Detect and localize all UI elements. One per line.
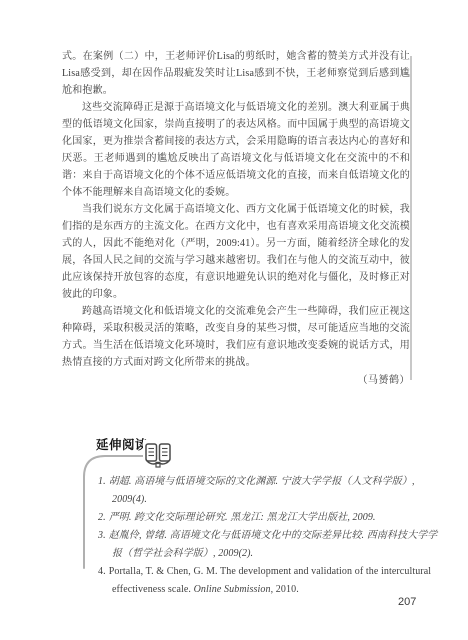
- reference-item: 1.胡超. 高语境与低语境交际的文化渊源. 宁波大学学报（人文科学版）, 200…: [98, 473, 444, 509]
- reference-number: 3.: [98, 530, 106, 541]
- paragraph: 跨越高语境文化和低语境文化的交流难免会产生一些障碍，我们应正视这种障碍，采取积极…: [62, 303, 410, 371]
- reference-text: 严明. 跨文化交际理论研究. 黑龙江: 黑龙江大学出版社, 2009.: [109, 512, 376, 523]
- reference-item: 4.Portalla, T. & Chen, G. M. The develop…: [98, 563, 444, 599]
- reference-number: 4.: [98, 566, 106, 577]
- reference-item: 3.赵胤伶, 曾绪. 高语境文化与低语境文化中的交际差异比较. 西南科技大学学报…: [98, 527, 444, 563]
- right-margin-rule: [410, 56, 412, 380]
- paragraph: 当我们说东方文化属于高语境文化、西方文化属于低语境文化的时候，我们指的是东西方的…: [62, 201, 410, 303]
- reference-number: 1.: [98, 476, 106, 487]
- body-text-block: 式。在案例（二）中，王老师评价Lisa的剪纸时，她含蓄的赞美方式并没有让Lisa…: [62, 48, 410, 389]
- book-page: { "body": { "paragraphs": [ "式。在案例（二）中，王…: [0, 0, 468, 640]
- paragraph-continuation: 式。在案例（二）中，王老师评价Lisa的剪纸时，她含蓄的赞美方式并没有让Lisa…: [62, 48, 410, 99]
- open-book-icon: [143, 440, 173, 470]
- reference-journal-italic: Online Submission,: [194, 584, 274, 595]
- author-credit: （马赟鹤）: [62, 372, 410, 389]
- page-number: 207: [398, 596, 416, 608]
- reference-text: 赵胤伶, 曾绪. 高语境文化与低语境文化中的交际差异比较. 西南科技大学学报（哲…: [109, 530, 438, 559]
- reference-list: 1.胡超. 高语境与低语境交际的文化渊源. 宁波大学学报（人文科学版）, 200…: [98, 473, 444, 599]
- reference-number: 2.: [98, 512, 106, 523]
- reference-text: 胡超. 高语境与低语境交际的文化渊源. 宁波大学学报（人文科学版）, 2009(…: [109, 476, 415, 505]
- paragraph: 这些交流障碍正是源于高语境文化与低语境文化的差别。澳大利亚属于典型的低语境文化国…: [62, 99, 410, 201]
- extended-reading-title: 延伸阅读: [96, 435, 148, 453]
- reference-item: 2.严明. 跨文化交际理论研究. 黑龙江: 黑龙江大学出版社, 2009.: [98, 509, 444, 527]
- reference-text: 2010.: [273, 584, 299, 595]
